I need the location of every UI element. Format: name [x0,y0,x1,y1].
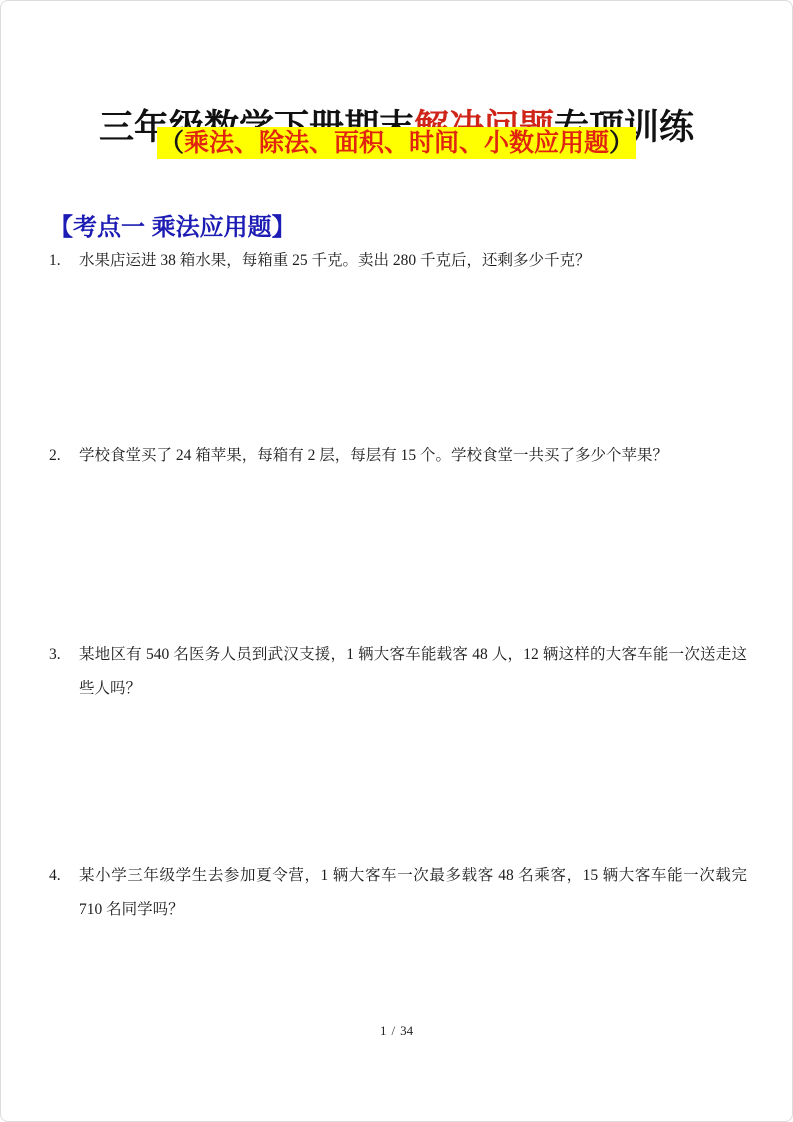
question-4-text: 某小学三年级学生去参加夏令营，1 辆大客车一次最多载客 48 名乘客，15 辆大… [79,859,747,927]
page-number-footer: 1/34 [1,1023,792,1039]
page-subtitle-row: （乘法、除法、面积、时间、小数应用题） [1,127,792,159]
question-1-text: 水果店运进 38 箱水果，每箱重 25 千克。卖出 280 千克后，还剩多少千克… [79,244,747,278]
question-3-text: 某地区有 540 名医务人员到武汉支援，1 辆大客车能载客 48 人，12 辆这… [79,638,747,706]
subtitle-open-paren: （ [159,129,184,157]
subtitle-text: 乘法、除法、面积、时间、小数应用题 [184,129,609,157]
question-2: 2. 学校食堂买了 24 箱苹果，每箱有 2 层，每层有 15 个。学校食堂一共… [49,439,749,473]
page-number-total: 34 [400,1023,413,1038]
question-1: 1. 水果店运进 38 箱水果，每箱重 25 千克。卖出 280 千克后，还剩多… [49,244,749,278]
page-number-separator: / [386,1023,400,1038]
question-4-number: 4. [49,859,77,893]
question-4: 4. 某小学三年级学生去参加夏令营，1 辆大客车一次最多载客 48 名乘客，15… [49,859,749,927]
question-3-number: 3. [49,638,77,672]
question-1-number: 1. [49,244,77,278]
question-2-number: 2. [49,439,77,473]
subtitle-close-paren: ） [609,129,634,157]
question-2-text: 学校食堂买了 24 箱苹果，每箱有 2 层，每层有 15 个。学校食堂一共买了多… [79,439,747,473]
worksheet-page: 三年级数学下册期末解决问题专项训练 （乘法、除法、面积、时间、小数应用题） 【考… [0,0,793,1122]
question-3: 3. 某地区有 540 名医务人员到武汉支援，1 辆大客车能载客 48 人，12… [49,638,749,706]
section-header-multiplication: 【考点一 乘法应用题】 [49,207,296,242]
page-subtitle-highlighted: （乘法、除法、面积、时间、小数应用题） [157,127,636,159]
